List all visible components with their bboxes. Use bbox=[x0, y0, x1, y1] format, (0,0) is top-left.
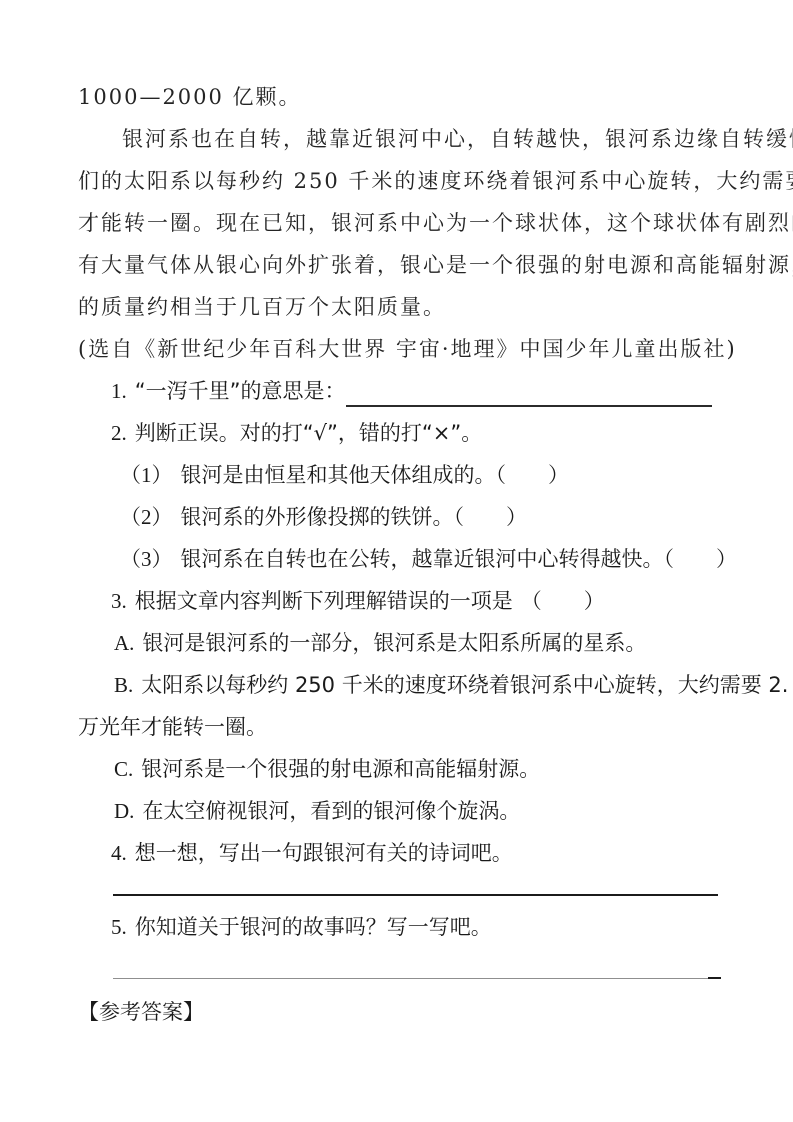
question-2-item-1: （1）银河是由恒星和其他天体组成的。（ ） bbox=[78, 454, 718, 496]
question-3-option-a: A.银河是银河系的一部分，银河系是太阳系所属的星系。 bbox=[78, 622, 718, 664]
question-4-number: 4. bbox=[111, 841, 127, 865]
question-3-option-b-continuation: 万光年才能转一圈。 bbox=[78, 706, 718, 748]
question-3-option-b-text: 太阳系以每秒约 250 千米的速度环绕着银河系中心旋转，大约需要 2. 3 bbox=[141, 673, 793, 697]
question-2-item-1-answer-blank: （ ） bbox=[496, 463, 570, 487]
passage-line-1: 1000—2000 亿颗。 bbox=[78, 76, 718, 118]
question-2-item-1-number: （1） bbox=[120, 463, 173, 487]
question-2-text: 判断正误。对的打“√”，错的打“×”。 bbox=[135, 421, 483, 445]
question-2-number: 2. bbox=[111, 421, 127, 445]
question-2-item-2-answer-blank: （ ） bbox=[454, 505, 528, 529]
question-2-item-2: （2）银河系的外形像投掷的铁饼。（ ） bbox=[78, 496, 718, 538]
question-2-item-3: （3）银河系在自转也在公转，越靠近银河中心转得越快。（ ） bbox=[78, 538, 718, 580]
question-3-option-b-label: B. bbox=[114, 673, 133, 697]
question-3-answer-blank: （ ） bbox=[521, 589, 605, 613]
passage-line-4: 才能转一圈。现在已知，银河系中心为一个球状体，这个球状体有剧烈的活动， bbox=[78, 202, 718, 244]
question-5: 5.你知道关于银河的故事吗？写一写吧。 bbox=[78, 906, 718, 948]
question-3-option-d-text: 在太空俯视银河，看到的银河像个旋涡。 bbox=[142, 799, 520, 823]
question-4-text: 想一想，写出一句跟银河有关的诗词吧。 bbox=[135, 841, 513, 865]
question-3-option-d: D.在太空俯视银河，看到的银河像个旋涡。 bbox=[78, 790, 718, 832]
question-5-answer-rule bbox=[113, 978, 718, 979]
passage-line-5: 有大量气体从银心向外扩张着，银心是一个很强的射电源和高能辐射源，银心 bbox=[78, 244, 718, 286]
question-2-item-2-number: （2） bbox=[120, 505, 173, 529]
question-1-number: 1. bbox=[111, 379, 127, 403]
answer-key-header: 【参考答案】 bbox=[78, 991, 718, 1033]
question-3-text: 根据文章内容判断下列理解错误的一项是 bbox=[135, 589, 513, 613]
question-2-item-3-text: 银河系在自转也在公转，越靠近银河中心转得越快。 bbox=[181, 547, 664, 571]
question-3-option-a-label: A. bbox=[114, 631, 134, 655]
question-3-option-b: B.太阳系以每秒约 250 千米的速度环绕着银河系中心旋转，大约需要 2. 3 bbox=[78, 664, 718, 706]
question-1: 1.“一泻千里”的意思是： bbox=[78, 370, 718, 412]
question-4-answer-rule bbox=[113, 894, 718, 896]
question-3-number: 3. bbox=[111, 589, 127, 613]
question-5-text: 你知道关于银河的故事吗？写一写吧。 bbox=[135, 915, 492, 939]
passage-line-3: 们的太阳系以每秒约 250 千米的速度环绕着银河系中心旋转，大约需要 2.5 亿… bbox=[78, 160, 718, 202]
question-4: 4.想一想，写出一句跟银河有关的诗词吧。 bbox=[78, 832, 718, 874]
question-2-item-3-answer-blank: （ ） bbox=[664, 547, 738, 571]
rule-end-dash bbox=[708, 977, 721, 979]
question-3-option-c: C.银河系是一个很强的射电源和高能辐射源。 bbox=[78, 748, 718, 790]
worksheet-page: 1000—2000 亿颗。 银河系也在自转，越靠近银河中心，自转越快，银河系边缘… bbox=[0, 0, 793, 1033]
passage-line-2: 银河系也在自转，越靠近银河中心，自转越快，银河系边缘自转缓慢。我 bbox=[78, 118, 718, 160]
question-1-text: “一泻千里”的意思是： bbox=[135, 379, 346, 403]
question-3-option-c-label: C. bbox=[114, 757, 133, 781]
question-3-option-d-label: D. bbox=[114, 799, 134, 823]
question-1-answer-underline bbox=[346, 373, 712, 407]
passage-attribution: (选自《新世纪少年百科大世界 宇宙·地理》中国少年儿童出版社) bbox=[78, 328, 718, 370]
question-5-number: 5. bbox=[111, 915, 127, 939]
question-2-item-2-text: 银河系的外形像投掷的铁饼。 bbox=[181, 505, 454, 529]
question-3-option-a-text: 银河是银河系的一部分，银河系是太阳系所属的星系。 bbox=[142, 631, 646, 655]
passage-line-6: 的质量约相当于几百万个太阳质量。 bbox=[78, 286, 718, 328]
question-3-option-c-text: 银河系是一个很强的射电源和高能辐射源。 bbox=[141, 757, 540, 781]
question-2-item-3-number: （3） bbox=[120, 547, 173, 571]
question-2: 2.判断正误。对的打“√”，错的打“×”。 bbox=[78, 412, 718, 454]
question-2-item-1-text: 银河是由恒星和其他天体组成的。 bbox=[181, 463, 496, 487]
question-3: 3.根据文章内容判断下列理解错误的一项是（ ） bbox=[78, 580, 718, 622]
